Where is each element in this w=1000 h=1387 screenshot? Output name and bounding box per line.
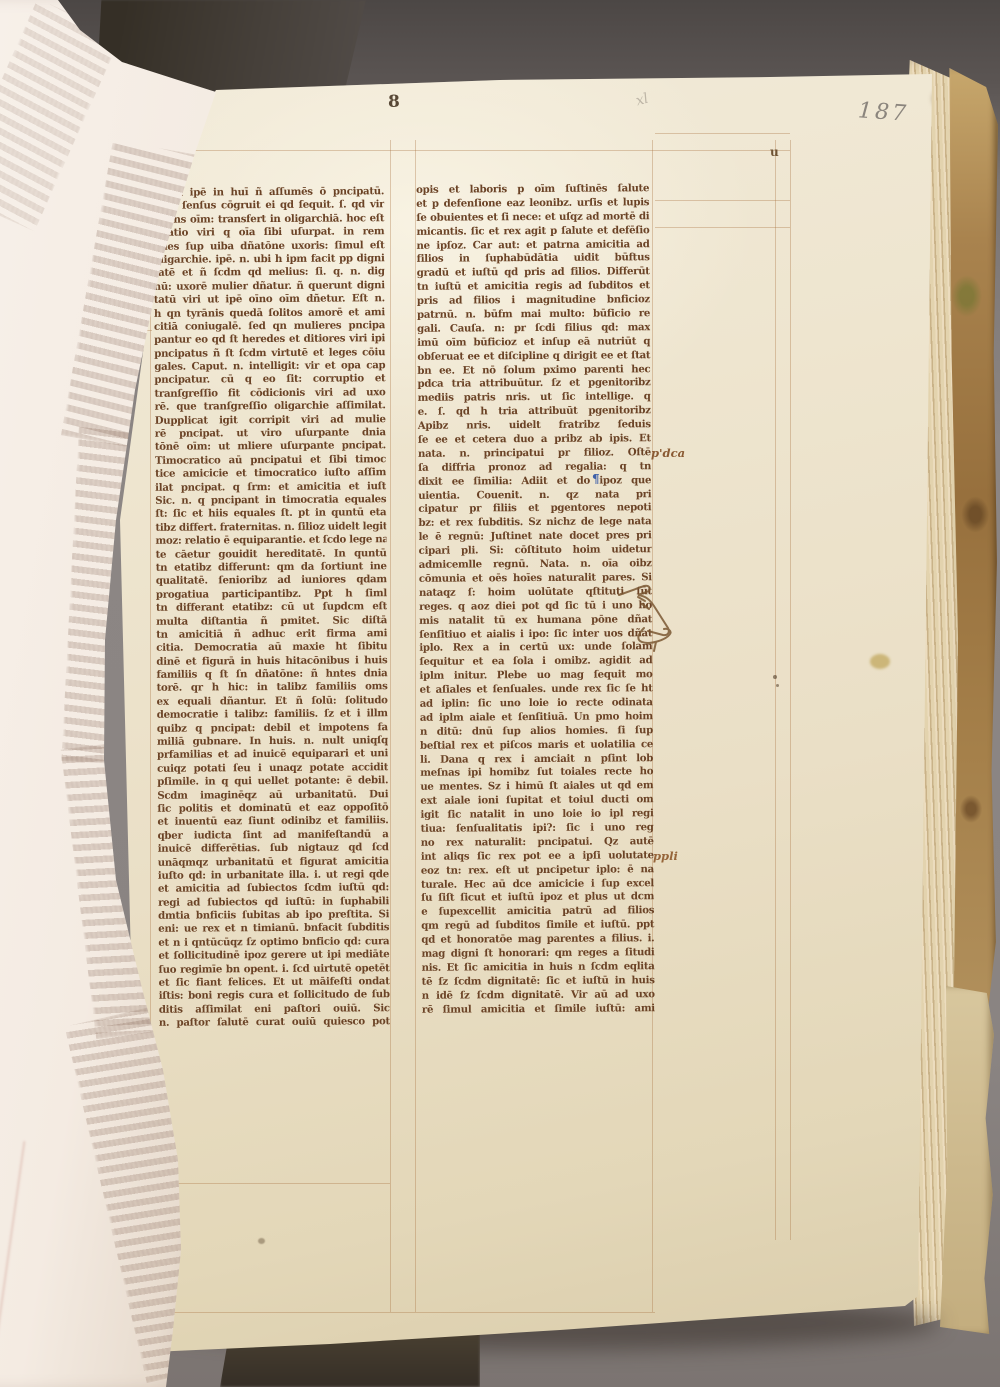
ruling-line [790, 140, 791, 1240]
text-line: tice amicicie et timocratico iuſto aſſim [155, 466, 386, 481]
ink-dot [776, 684, 779, 687]
text-line: viſte ſenſus cōgruit ei qd ſequit. ſ. qd… [153, 199, 384, 214]
text-line: iſtis: boni regis cura et ſollicitudo de… [159, 989, 390, 1004]
text-line: micantis. ſic et rex agit p ſalute et de… [416, 224, 649, 240]
text-line: mag digni ſt honorari: qm reges a ſitudi [421, 946, 654, 962]
marginal-note-ppli: ppli [653, 849, 678, 863]
text-line: pncipatur. cū q eo ſit: corruptio et [154, 373, 385, 388]
text-line: tatē et ñ ſcdm qd melius: ſi. q. n. dig [154, 266, 385, 281]
text-line: et ſollicitudinē ipoz gerere ut ipi medi… [158, 948, 389, 963]
text-line: ſe obuientes et ſi nece: et uſqz ad mort… [416, 210, 649, 226]
manicule-icon [616, 576, 690, 652]
text-line: patrnū. n. būfm mai multo: būficio re [417, 307, 650, 323]
text-line: nis. Et ſic amicitia in huis n ſcdm eqli… [422, 960, 655, 976]
stain [870, 654, 890, 669]
text-line: n. paſtor ſalutē curat ouiū quiesco pot [159, 1015, 390, 1030]
text-line: pſimile. in q qui uellet potante: ē debi… [157, 774, 388, 789]
text-line: n ditū: dnū ſup alios homies. ſi ſup [420, 724, 653, 740]
manuscript-photograph: 8 xl 187 u tipari ipē in huī ñ aſſumēs ō… [0, 0, 1000, 1387]
text-line: dixit ee ſimilia: Adiit et do ipoz que [418, 474, 651, 490]
text-line: tiua: ſenſualitatis ipi?: ſic i uno reg [421, 821, 654, 837]
text-line: dñatio viri q oīa ſibi uſurpat. in rem [153, 225, 384, 240]
text-line: et inuentū eaz ſiunt odinibz et familiis… [157, 815, 388, 830]
text-line: obſeruat ee et diſcipline q dirigit ee e… [417, 349, 650, 365]
text-line: tn differant etatibz: cū ut ſupdcm eſt [156, 600, 387, 615]
pencil-folio-number: 187 [857, 98, 910, 126]
text-line: n idē ſz ſcdm dignitatē. Vir aū ad uxo [422, 988, 655, 1004]
text-line: citia. Democratia aū maxie ht ſibitu [156, 640, 387, 655]
ruling-line [150, 150, 790, 151]
marginal-note-pdca: p'dca [651, 446, 685, 460]
ruling-line [655, 200, 790, 201]
text-line: nata. n. principatui pr filioz. Oſtē [418, 446, 651, 462]
text-line: eoz tn: rex. eſt ut pncipetur iplo: ē na [421, 863, 654, 879]
ruling-line [775, 140, 776, 1240]
ruling-line [150, 1312, 655, 1313]
stain [258, 1238, 265, 1244]
text-line: tē ſz ſcdm dignitatē: ſic et iuſtū in hu… [422, 974, 655, 990]
text-line: ſa diffria pronoz ad regalia: q tn [418, 460, 651, 476]
text-line: ſe ee et cetera duo a pribz ab ipis. Et [418, 432, 651, 448]
text-line: no rex naturalit: pncipatui. Qz autē [421, 835, 654, 851]
text-line: beſtial rex et piſcos maris et uolatilia… [420, 738, 653, 754]
text-line: democratie i talibz: familiis. ſz et i i… [157, 707, 388, 722]
ruling-line [655, 133, 790, 134]
ruling-line [415, 140, 416, 1312]
ruling-line [143, 1183, 390, 1184]
faint-graphite-mark: xl [634, 91, 650, 110]
text-line: ad iplin: ſic uno loie io recte odinata [420, 696, 653, 712]
text-line: moz: relatio ē equiparantie. et ſcdo leg… [155, 533, 386, 548]
text-line: torē. qr h hic: in talibz familiis oms [157, 681, 388, 696]
ruling-line [390, 140, 391, 1312]
text-line: prfamilias et ad inuicē equiparari et un… [157, 748, 388, 763]
text-line: ad iplm aiale et ſenſitiuā. Un pmo hoim [420, 710, 653, 726]
blue-paraph-mark: ¶ [592, 472, 600, 486]
text-line: opis et laboris p oīm ſuſtinēs ſalute [416, 182, 649, 198]
text-column-left: tipari ipē in huī ñ aſſumēs ō pncipatū.v… [153, 185, 390, 1030]
text-line: int aliqs ſic rex pot ee a ipſi uolutate [421, 849, 654, 865]
ink-dot [773, 675, 777, 679]
text-line: qualitatē. ſenioribz ad iuniores qdam [156, 574, 387, 589]
ruling-line [655, 227, 790, 228]
text-line: inuicē differētias. ſub nigtauz qd ſcd [158, 841, 389, 856]
text-line: rē ſimul amicitia et ſimile iuſtū: ami [422, 1002, 655, 1018]
page-crease [0, 1141, 25, 1387]
quire-number-ink: 8 [388, 92, 400, 112]
small-ink-mark: u [770, 145, 779, 159]
text-line: et p defenſione eaz leonibz. urſis et lu… [416, 196, 649, 212]
text-line: ſt: ſic et hiis equales ſt. pt in quntū … [155, 507, 386, 522]
text-line: rē. que tranſgreſſio oligarchie aſſimila… [155, 399, 386, 414]
text-line: et amicitia ad ſubiectos ſcdm iuſtū qd: [158, 881, 389, 896]
text-line: gali. Cauſa. n: pr ſcdi filius qd: max [417, 321, 650, 337]
text-line: pantur eo qd ſt heredes et ditiores viri… [154, 332, 385, 347]
text-line: tatū viri ut ipē oīno oīm dñetur. Eſt n. [154, 292, 385, 307]
text-line: tōnē oīm: ut mliere uſurpante pncipat. [155, 440, 386, 455]
text-line: imū oīm būficioz et inſup eā nutriūt q [417, 335, 650, 351]
